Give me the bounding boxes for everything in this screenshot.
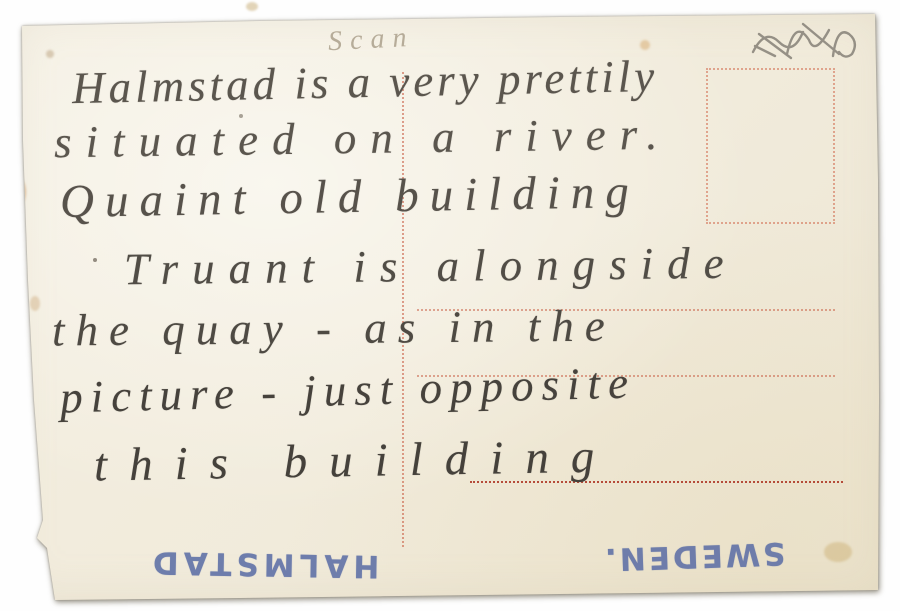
message-line-4: Truant is alongside xyxy=(124,237,738,295)
pencil-scribble-mark xyxy=(745,12,875,67)
message-line-7: this building xyxy=(94,429,617,492)
message-line-2: situated on a river. xyxy=(54,108,672,169)
stain-spot xyxy=(12,178,26,206)
stain-spot xyxy=(640,40,650,50)
stamp-box xyxy=(706,68,835,224)
upside-down-sweden-label: SWEDEN. xyxy=(601,535,785,577)
stain-spot xyxy=(93,258,97,262)
faint-pencil-note: Scan xyxy=(327,22,415,58)
message-line-3: Quaint old building xyxy=(60,165,641,229)
stain-spot xyxy=(824,542,852,562)
stain-spot xyxy=(30,296,40,311)
postcard-card: Scan Halmstad is a very prettily situate… xyxy=(0,0,900,611)
postcard-card-wrapper: Scan Halmstad is a very prettily situate… xyxy=(0,0,900,611)
scanned-postcard-back: Scan Halmstad is a very prettily situate… xyxy=(0,0,900,611)
message-line-5: the quay - as in the xyxy=(52,300,616,357)
upside-down-halmstad-label: HALMSTAD xyxy=(148,544,380,584)
stain-spot xyxy=(46,50,54,58)
